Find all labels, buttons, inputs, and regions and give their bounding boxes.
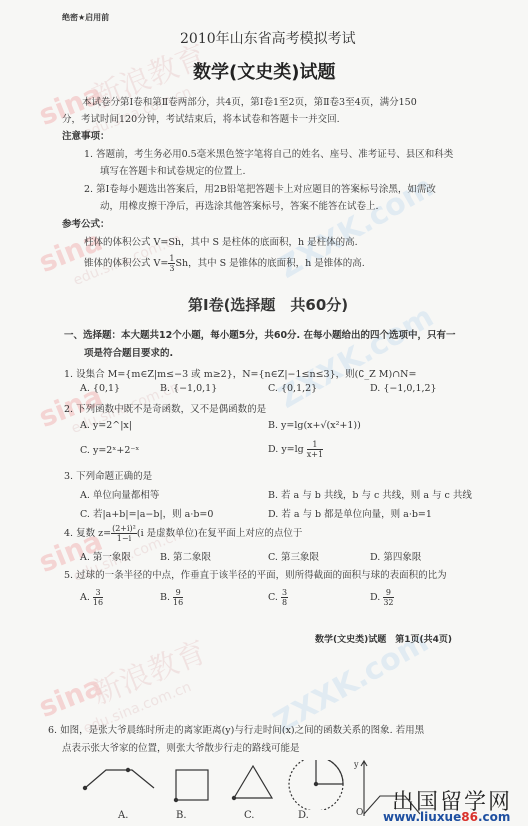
- intro-line-2: 分，考试时间120分钟，考试结束后，将本试卷和答题卡一并交回.: [62, 111, 340, 125]
- note-text: 第Ⅰ卷每小题选出答案后，用2B铅笔把答题卡上对应题目的答案标号涂黑，如需改: [96, 184, 436, 195]
- section-title: 第Ⅰ卷(选择题 共60分): [188, 294, 348, 315]
- exam-title: 2010年山东省高考模拟考试: [180, 28, 356, 48]
- question-6-stem-1: 6. 如图，是张大爷晨练时所走的离家距离(y)与行走时间(x)之间的函数关系的图…: [48, 722, 424, 736]
- question-2-stem: 2. 下列函数中既不是奇函数，又不是偶函数的是: [64, 401, 266, 415]
- sina-watermark-logo: sina: [34, 669, 107, 724]
- q4-option-a: A. 第一象限: [80, 549, 131, 563]
- logo-url-suffix: .com: [478, 810, 510, 824]
- note-2: 2. 第Ⅰ卷每小题选出答案后，用2B铅笔把答题卡上对应题目的答案标号涂黑，如需改: [84, 181, 436, 195]
- exam-page: sina 新浪教育 edu.sina.com.cn sina edu.sina.…: [0, 0, 528, 826]
- numerator: 1: [307, 440, 323, 450]
- q5-option-b: B. 916: [160, 588, 183, 607]
- figure-label-a: A.: [118, 810, 128, 821]
- fraction: 316: [93, 588, 103, 607]
- question-4-stem: 4. 复数 z=(2+i)²1−i(i 是虚数单位)在复平面上对应的点位于: [64, 524, 302, 543]
- sina-watermark-text: 新浪教育: [84, 627, 212, 713]
- zxxk-watermark: ZXXK.com: [273, 299, 440, 415]
- note-2-cont: 动，用橡皮擦干净后，再选涂其他答案标号，答案不能答在试卷上.: [100, 198, 379, 212]
- fraction: 916: [173, 588, 183, 607]
- page-footer: 数学(文史类)试题 第1页(共4页): [315, 632, 452, 645]
- logo-url-prefix: www.liuxue: [383, 810, 461, 824]
- section-instructions-2: 项是符合题目要求的.: [84, 345, 173, 359]
- denominator: 32: [383, 598, 393, 607]
- q2-option-a: A. y=2^|x|: [80, 420, 132, 431]
- q4-option-c: C. 第三象限: [268, 549, 319, 563]
- numerator: 9: [173, 588, 183, 598]
- option-label: C.: [268, 592, 278, 603]
- figure-c-triangle: [232, 766, 272, 800]
- option-label: B.: [160, 592, 170, 603]
- q4-stem-prefix: 4. 复数 z=: [64, 528, 111, 539]
- q1-option-d: D. {−1,0,1,2}: [370, 383, 437, 394]
- fraction: 932: [383, 588, 393, 607]
- cone-formula-prefix: 锥体的体积公式 V=: [84, 258, 168, 269]
- notes-heading: 注意事项：: [62, 128, 110, 142]
- q2-option-b: B. y=lg(x+√(x²+1)): [268, 420, 361, 431]
- cone-formula-suffix: Sh，其中 S 是锥体的底面积，h 是锥体的高.: [175, 258, 364, 269]
- q2-option-d-text: D. y=lg: [268, 444, 304, 455]
- numerator: (2+i)²: [111, 524, 137, 534]
- cone-volume-formula: 锥体的体积公式 V=13Sh，其中 S 是锥体的底面积，h 是锥体的高.: [84, 254, 365, 273]
- denominator: 16: [93, 598, 103, 607]
- q5-option-a: A. 316: [80, 588, 103, 607]
- note-1-cont: 填写在答题卡和试卷规定的位置上.: [100, 163, 246, 177]
- option-label: A.: [80, 592, 90, 603]
- question-6-stem-2: 点表示张大爷家的位置，则张大爷散步行走的路线可能是: [62, 740, 300, 754]
- figure-b-square: [174, 770, 208, 802]
- fraction: (2+i)²1−i: [111, 524, 137, 543]
- figure-a-path: [83, 768, 154, 789]
- fraction: 38: [281, 588, 288, 607]
- subject-title: 数学(文史类)试题: [193, 58, 335, 84]
- q5-option-c: C. 38: [268, 588, 288, 607]
- q3-option-c: C. 若|a+b|=|a−b|，则 a·b=0: [80, 506, 213, 520]
- q2-option-c: C. y=2ˣ+2⁻ˣ: [80, 445, 139, 456]
- denominator: 1−i: [111, 534, 137, 543]
- section-instructions-1: 一、选择题：本大题共12个小题，每小题5分，共60分. 在每小题给出的四个选项中…: [64, 327, 455, 341]
- numerator: 3: [93, 588, 103, 598]
- numerator: 9: [383, 588, 393, 598]
- q3-option-d: D. 若 a 与 b 都是单位向量，则 a·b=1: [268, 506, 432, 520]
- figure-label-c: C.: [244, 810, 254, 821]
- intro-line-1: 本试卷分第Ⅰ卷和第Ⅱ卷两部分，共4页，第Ⅰ卷1至2页，第Ⅱ卷3至4页，满分150: [82, 94, 417, 108]
- confidential-label: 绝密★启用前: [62, 12, 109, 23]
- q4-stem-suffix: (i 是虚数单位)在复平面上对应的点位于: [137, 528, 302, 539]
- figure-label-b: B.: [176, 810, 187, 821]
- formulas-heading: 参考公式：: [62, 216, 110, 230]
- q5-option-d: D. 932: [370, 588, 394, 607]
- question-3-stem: 3. 下列命题正确的是: [64, 468, 152, 482]
- denominator: 8: [281, 598, 288, 607]
- graph-origin-label: O: [356, 808, 363, 818]
- q3-option-b: B. 若 a 与 b 共线，b 与 c 共线，则 a 与 c 共线: [268, 487, 472, 501]
- q1-option-b: B. {−1,0,1}: [160, 383, 217, 394]
- q1-option-c: C. {0,1,2}: [268, 383, 317, 394]
- prism-volume-formula: 柱体的体积公式 V=Sh，其中 S 是柱体的底面积，h 是柱体的高.: [84, 234, 358, 248]
- numerator: 3: [281, 588, 288, 598]
- site-logo-url[interactable]: www.liuxue86.com: [383, 810, 510, 824]
- note-number: 2.: [84, 184, 93, 195]
- note-text: 答题前，考生务必用0.5毫米黑色签字笔将自己的姓名、座号、准考证号、县区和科类: [96, 149, 453, 160]
- route-figures: [80, 760, 360, 810]
- q1-option-a: A. {0,1}: [80, 383, 120, 394]
- graph-y-axis-label: y: [354, 760, 359, 769]
- denominator: x+1: [307, 450, 323, 459]
- logo-url-number: 86: [461, 810, 478, 824]
- q3-option-a: A. 单位向量都相等: [80, 487, 159, 501]
- figure-d-circle: [289, 760, 343, 810]
- denominator: 16: [173, 598, 183, 607]
- note-1: 1. 答题前，考生务必用0.5毫米黑色签字笔将自己的姓名、座号、准考证号、县区和…: [84, 146, 453, 160]
- question-1-stem: 1. 设集合 M={m∈Z|m≤−3 或 m≥2}，N={n∈Z|−1≤n≤3}…: [64, 366, 416, 380]
- q4-option-d: D. 第四象限: [370, 549, 421, 563]
- fraction: 1x+1: [307, 440, 323, 459]
- figure-label-d: D.: [298, 810, 309, 821]
- option-label: D.: [370, 592, 380, 603]
- note-number: 1.: [84, 149, 93, 160]
- question-5-stem: 5. 过球的一条半径的中点，作垂直于该半径的平面，则所得截面的面积与球的表面积的…: [64, 567, 447, 581]
- q2-option-d: D. y=lg 1x+1: [268, 440, 323, 459]
- q4-option-b: B. 第二象限: [160, 549, 211, 563]
